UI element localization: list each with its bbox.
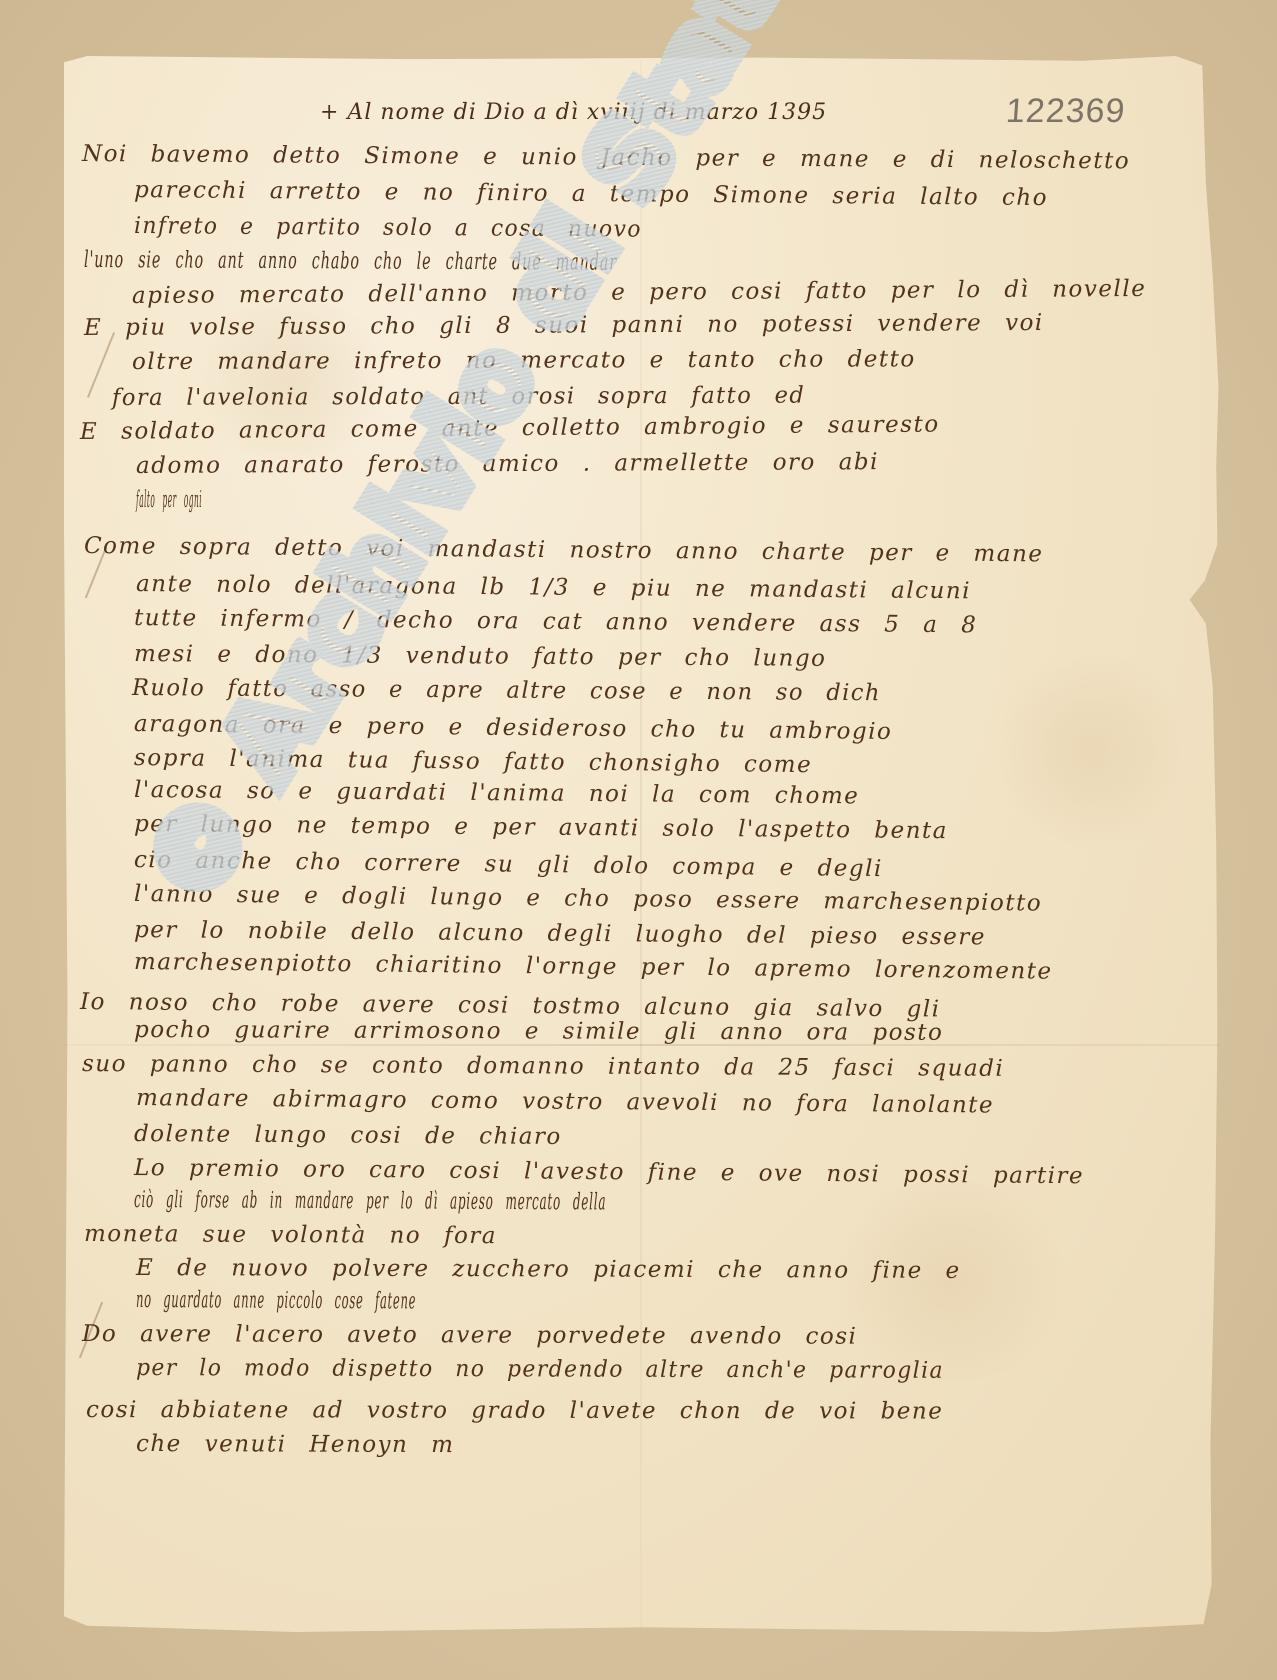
manuscript-line: Do avere l'acero aveto avere porvedete a… — [82, 1320, 857, 1351]
manuscript-line: E de nuovo polvere zucchero piacemi che … — [136, 1254, 961, 1285]
manuscript-line: che venuti Henoyn m — [136, 1430, 455, 1459]
manuscript-line: falto per ogni — [136, 486, 202, 514]
manuscript-line: cosi abbiatene ad vostro grado l'avete c… — [86, 1396, 943, 1425]
letter-heading: + Al nome di Dio a dì xviiij di marzo 13… — [320, 100, 827, 125]
manuscript-line: adomo anarato ferosto amico . armellette… — [136, 448, 879, 480]
manuscript-line: per lo modo dispetto no perdendo altre a… — [136, 1354, 944, 1385]
manuscript-line: Ruolo fatto asso e apre altre cose e non… — [132, 674, 881, 707]
manuscript-line: suo panno cho se conto domanno intanto d… — [82, 1050, 1004, 1083]
manuscript-line: infreto e partito solo a cosa nuovo — [134, 212, 642, 244]
manuscript-line: no guardato anne piccolo cose fatene — [136, 1286, 416, 1315]
manuscript-line: oltre mandare infreto no mercato e tanto… — [132, 345, 916, 376]
manuscript-line: dolente lungo cosi de chiaro — [134, 1120, 562, 1151]
manuscript-line: fora l'avelonia soldato ant orosi sopra … — [112, 382, 805, 412]
manuscript-line: ciò gli forse ab in mandare per lo dì ap… — [134, 1186, 606, 1216]
paper-stain — [1000, 640, 1180, 860]
manuscript-line: E piu volse fusso cho gli 8 suoi panni n… — [84, 309, 1044, 342]
manuscript-line: mesi e dono 1/3 venduto fatto per cho lu… — [134, 640, 827, 673]
manuscript-line: l'uno sie cho ant anno chabo cho le char… — [84, 246, 617, 277]
archive-number: 122369 — [1005, 92, 1127, 131]
manuscript-line: moneta sue volontà no fora — [84, 1220, 497, 1250]
manuscript-line: pocho guarire arrimosono e simile gli an… — [134, 1016, 943, 1047]
